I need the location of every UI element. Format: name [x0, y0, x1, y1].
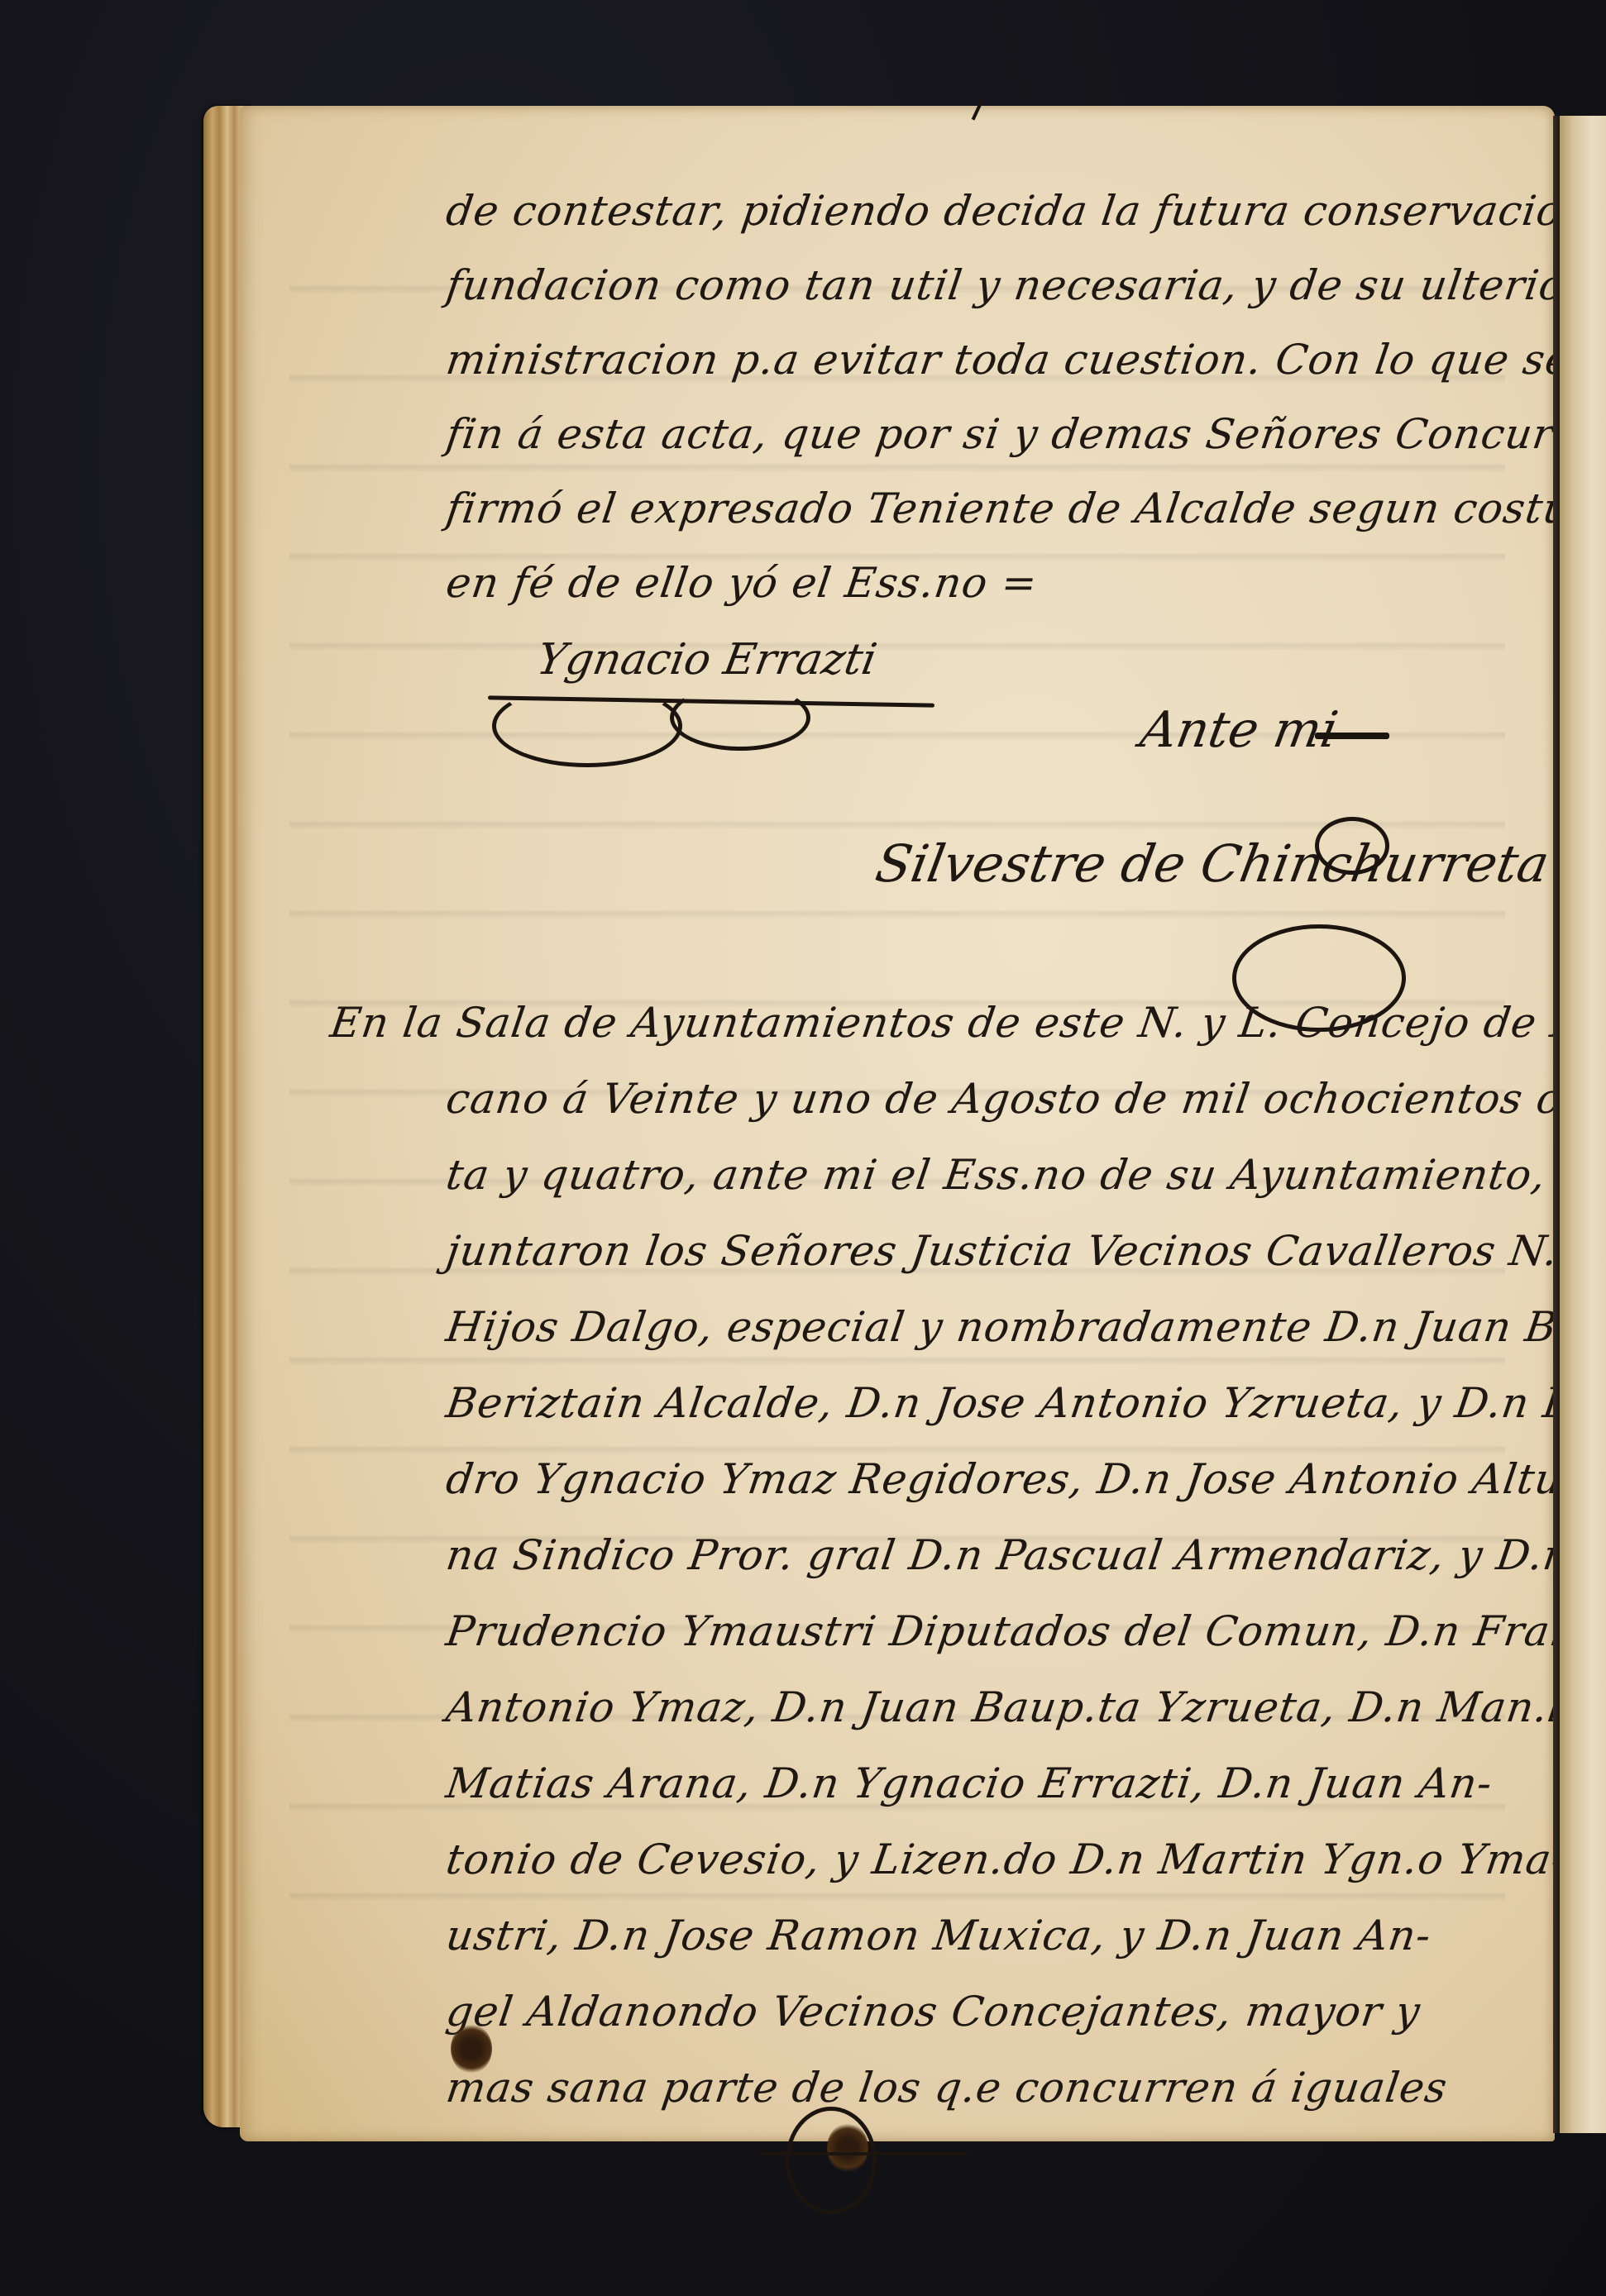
text-line: Prudencio Ymaustri Diputados del Comun, …: [443, 1607, 1606, 1655]
text-line: gel Aldanondo Vecinos Concejantes, mayor…: [443, 1988, 1423, 2036]
manuscript-text: de contestar, pidiendo decida la futura …: [240, 106, 1555, 2141]
text-line: fundacion como tan util y necesaria, y d…: [443, 261, 1606, 309]
text-line: cano á Veinte y uno de Agosto de mil och…: [443, 1075, 1606, 1123]
text-line: mas sana parte de los q.e concurren á ig…: [443, 2064, 1451, 2112]
attestation-flourish: [1315, 733, 1389, 739]
manuscript-page: de contestar, pidiendo decida la futura …: [240, 106, 1555, 2141]
signature-rubric: [670, 685, 810, 751]
facing-page-edge: [1560, 116, 1606, 2133]
book-gutter: [1553, 116, 1560, 2133]
signature-rubric: [492, 685, 682, 767]
text-line: firmó el expresado Teniente de Alcalde s…: [443, 484, 1606, 532]
signature-silvestre-de-chinchurreta: Silvestre de Chinchurreta: [872, 833, 1554, 894]
text-line: Hijos Dalgo, especial y nombradamente D.…: [443, 1303, 1606, 1351]
notary-rubric: [1315, 817, 1389, 875]
text-line: de contestar, pidiendo decida la futura …: [443, 187, 1606, 235]
text-line: dro Ygnacio Ymaz Regidores, D.n Jose Ant…: [443, 1455, 1580, 1503]
ink-blot: [827, 2123, 868, 2173]
signature-ygnacio-errazti: Ygnacio Errazti: [533, 635, 881, 685]
text-line: ministracion p.a evitar toda cuestion. C…: [443, 336, 1606, 384]
text-line: ustri, D.n Jose Ramon Muxica, y D.n Juan…: [443, 1912, 1435, 1959]
bottom-flourish-line: [761, 2152, 968, 2155]
ink-blot: [451, 2024, 492, 2074]
text-line: na Sindico Pror. gral D.n Pascual Armend…: [443, 1531, 1575, 1579]
text-line: fin á esta acta, que por si y demas Seño…: [443, 410, 1606, 458]
text-line: Beriztain Alcalde, D.n Jose Antonio Yzru…: [443, 1379, 1606, 1427]
text-line: En la Sala de Ayuntamientos de este N. y…: [327, 999, 1606, 1047]
text-line: juntaron los Señores Justicia Vecinos Ca…: [443, 1227, 1584, 1275]
text-line: tonio de Cevesio, y Lizen.do D.n Martin …: [443, 1835, 1570, 1883]
attestation-ante-mi: Ante mi: [1136, 701, 1342, 759]
text-line: ta y quatro, ante mi el Ess.no de su Ayu…: [443, 1151, 1606, 1199]
text-line: Antonio Ymaz, D.n Juan Baup.ta Yzrueta, …: [443, 1683, 1565, 1731]
text-line: en fé de ello yó el Ess.no =: [443, 559, 1040, 607]
text-line: Matias Arana, D.n Ygnacio Errazti, D.n J…: [443, 1759, 1496, 1807]
